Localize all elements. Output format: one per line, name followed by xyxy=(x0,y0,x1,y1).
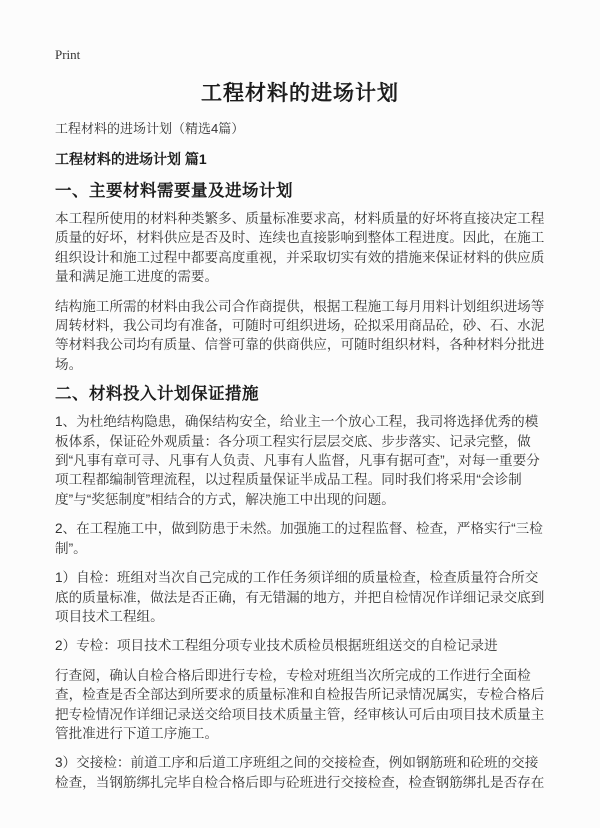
body-paragraph: 本工程所使用的材料种类繁多、质量标准要求高，材料质量的好坏将直接决定工程质量的好… xyxy=(55,209,545,287)
document-title: 工程材料的进场计划 xyxy=(55,80,545,107)
body-paragraph: 1）自检：班组对当次自己完成的工作任务须详细的质量检查，检查质量符合所交底的质量… xyxy=(55,568,545,626)
body-paragraph: 3）交接检：前道工序和后道工序班组之间的交接检查，例如钢筋班和砼班的交接检查，当… xyxy=(55,753,545,792)
document-subtitle: 工程材料的进场计划（精选4篇） xyxy=(55,120,545,137)
section-1-heading: 一、主要材料需要量及进场计划 xyxy=(55,181,545,201)
body-paragraph: 2）专检：项目技术工程组分项专业技术质检员根据班组送交的自检记录进 xyxy=(55,636,545,655)
document-page: Print 工程材料的进场计划 工程材料的进场计划（精选4篇） 工程材料的进场计… xyxy=(0,0,600,828)
section-2-heading: 二、材料投入计划保证措施 xyxy=(55,384,545,404)
part-heading: 工程材料的进场计划 篇1 xyxy=(55,150,545,168)
body-paragraph: 1、为杜绝结构隐患，确保结构安全，给业主一个放心工程，我司将选择优秀的模板体系，… xyxy=(55,412,545,509)
body-paragraph: 行查阅，确认自检合格后即进行专检，专检对班组当次所完成的工作进行全面检查，检查是… xyxy=(55,666,545,744)
print-link[interactable]: Print xyxy=(55,47,80,62)
body-paragraph: 2、在工程施工中，做到防患于未然。加强施工的过程监督、检查，严格实行“三检制”。 xyxy=(55,519,545,558)
body-paragraph: 结构施工所需的材料由我公司合作商提供，根据工程施工每月用料计划组织进场等周转材料… xyxy=(55,297,545,375)
